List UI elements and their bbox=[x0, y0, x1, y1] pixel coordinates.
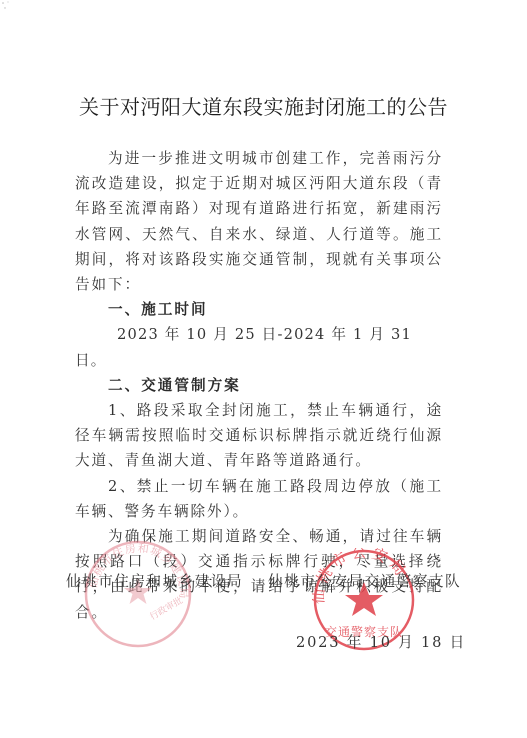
section-heading-construction-time: 一、施工时间 bbox=[75, 297, 443, 322]
housing-bureau-seal-icon: 仙桃市住房和城乡建设局 行政审批 bbox=[82, 538, 194, 650]
signer-housing-bureau: 仙桃市住房和城乡建设局 bbox=[66, 572, 243, 592]
traffic-control-item-1: 1、路段采取全封闭施工，禁止车辆通行，途径车辆需按照临时交通标识标牌指示就近绕行… bbox=[75, 398, 443, 474]
signer-traffic-police: 仙桃市公安局交通警察支队 bbox=[268, 572, 461, 592]
section-heading-traffic-control: 二、交通管制方案 bbox=[75, 373, 443, 398]
traffic-control-item-2: 2、禁止一切车辆在施工路段周边停放（施工车辆、警务车辆除外）。 bbox=[75, 474, 443, 524]
scan-artifact-icon bbox=[0, 0, 16, 16]
intro-paragraph: 为进一步推进文明城市创建工作，完善雨污分流改造建设，拟定于近期对城区沔阳大道东段… bbox=[75, 146, 443, 297]
document-page: 关于对沔阳大道东段实施封闭施工的公告 为进一步推进文明城市创建工作，完善雨污分流… bbox=[0, 0, 527, 738]
page-title: 关于对沔阳大道东段实施封闭施工的公告 bbox=[0, 93, 527, 121]
construction-period: 2023 年 10 月 25 日-2024 年 1 月 31 日。 bbox=[75, 322, 443, 372]
left-seal-bottom-text: 行政审批 bbox=[148, 594, 185, 622]
issue-date: 2023 年 10 月 18 日 bbox=[296, 631, 466, 652]
